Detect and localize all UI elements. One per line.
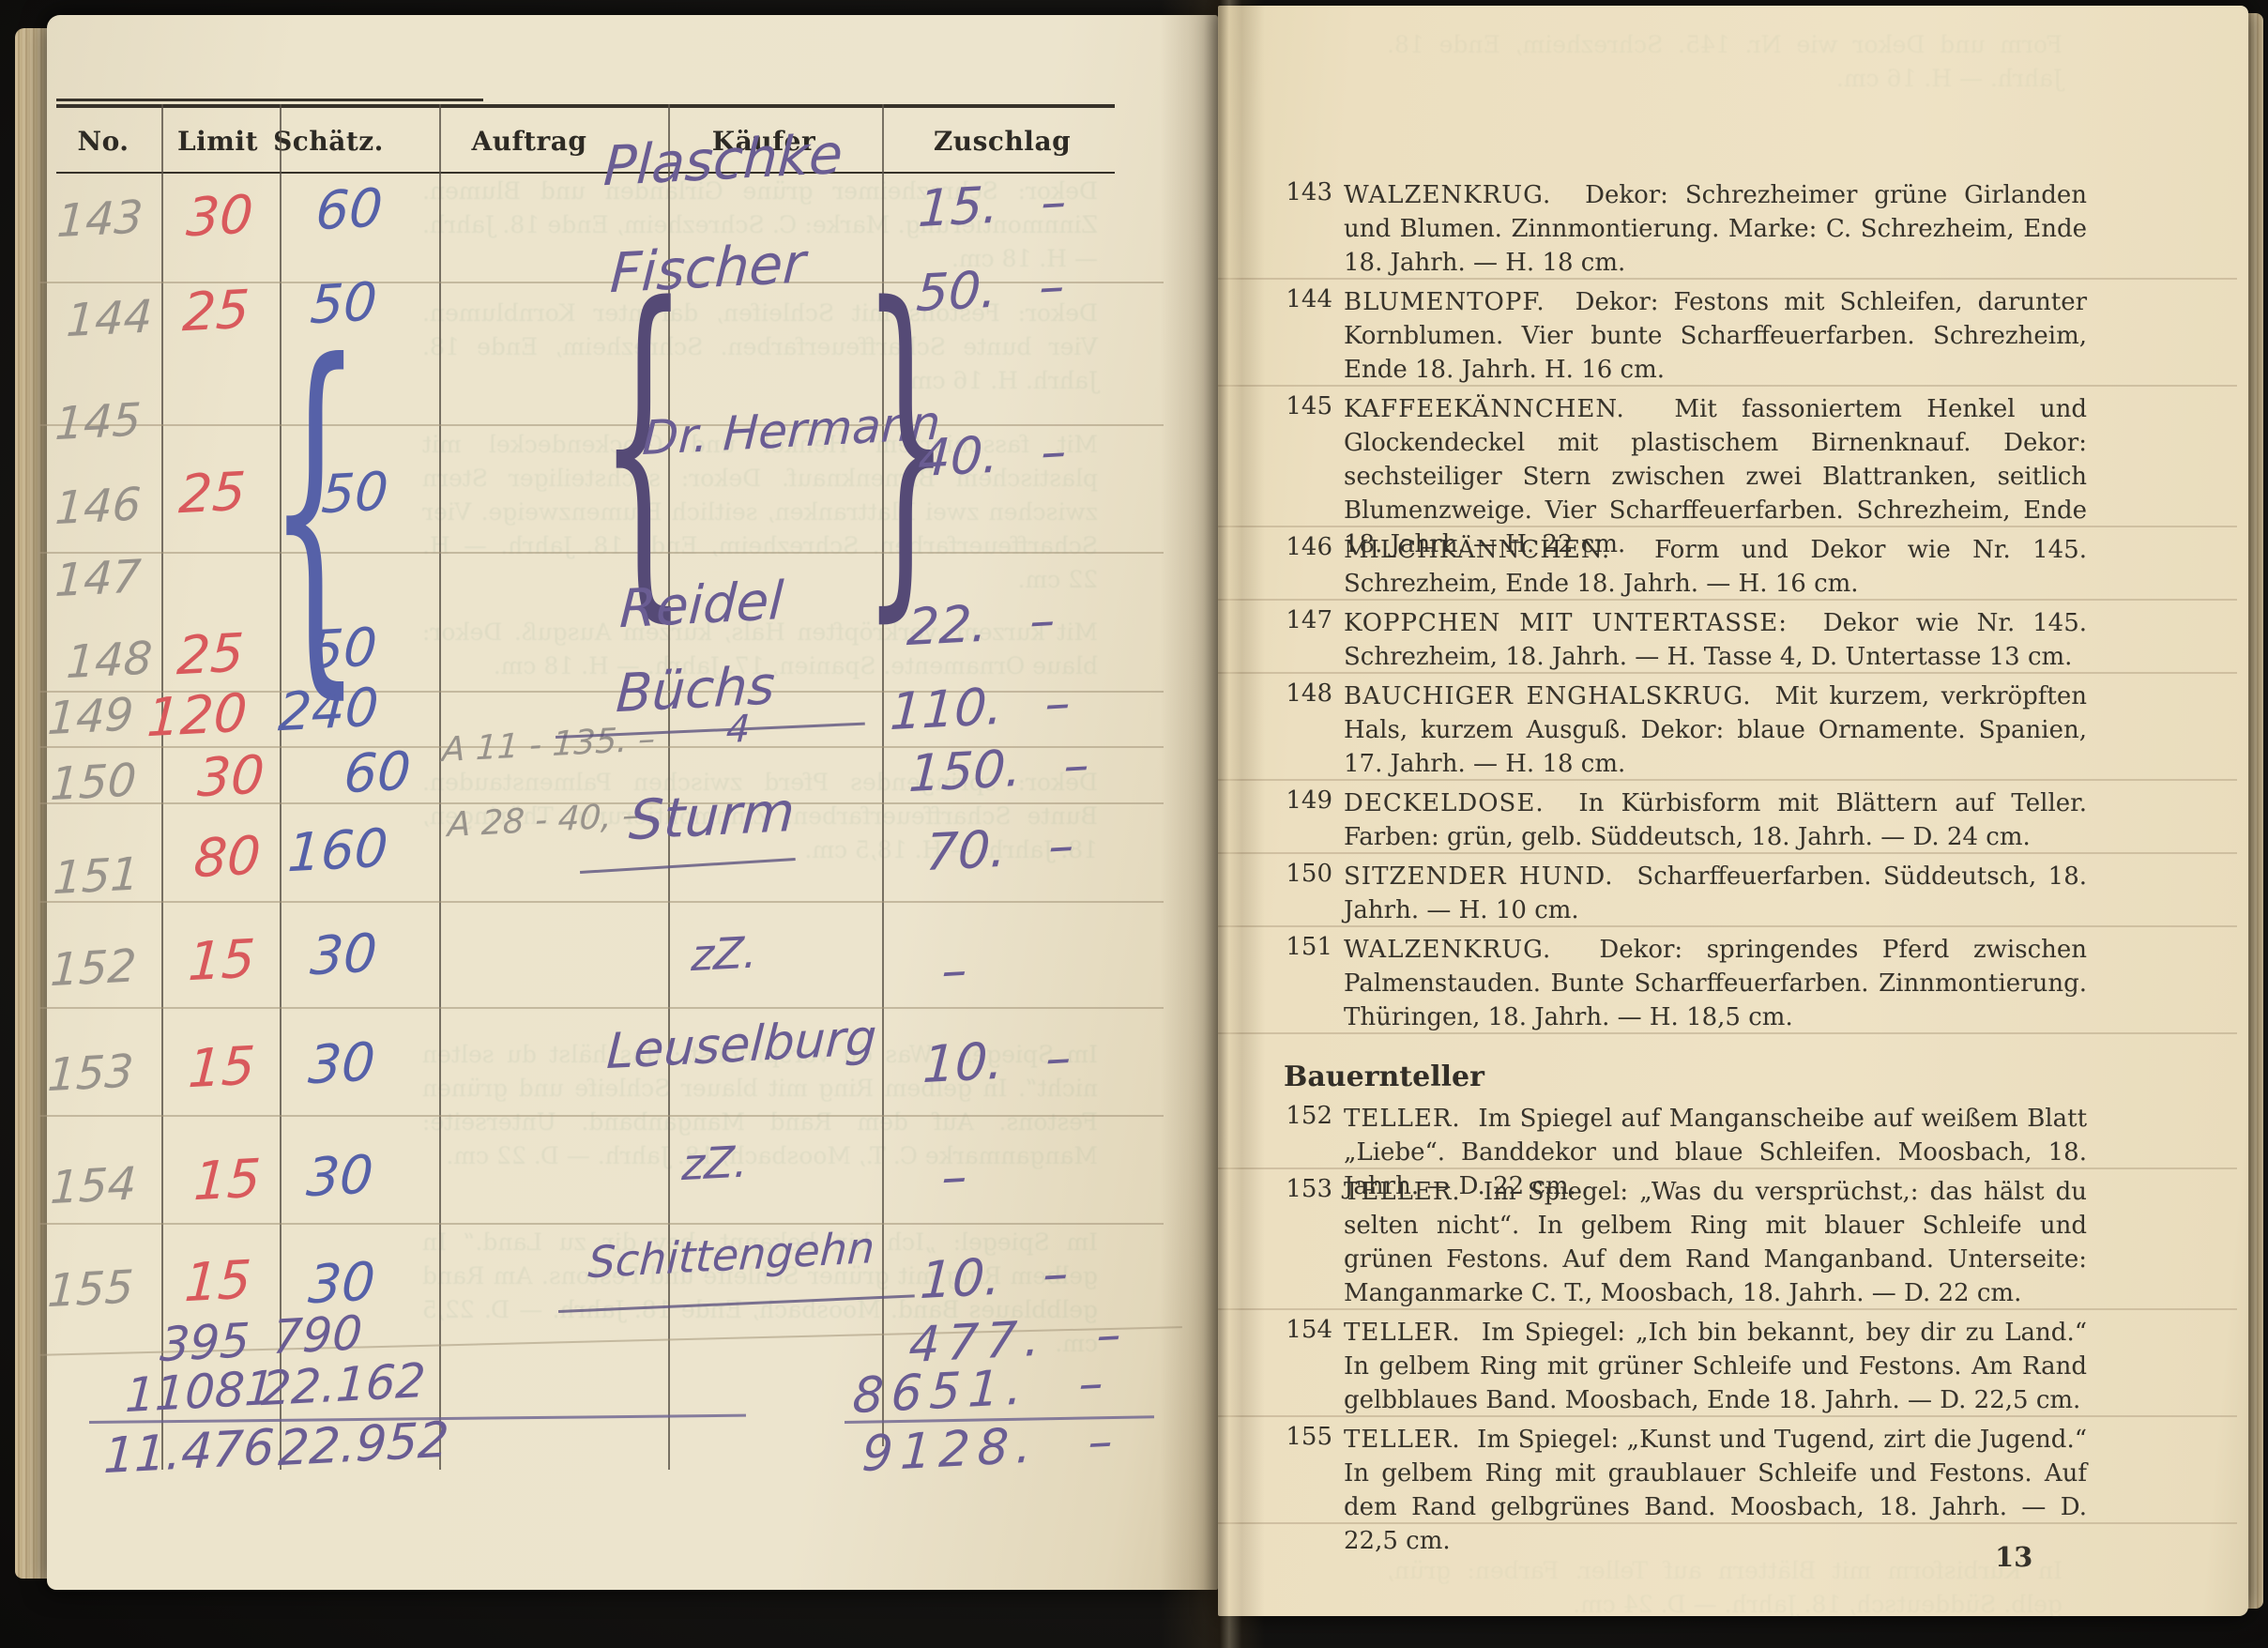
limit-value: 30 xyxy=(185,189,254,245)
entry-number: 153 xyxy=(1278,1175,1332,1203)
right-page: Form und Dekor wie Nr. 145. Schrezheim, … xyxy=(1218,6,2248,1616)
buyer-name: Plaschke xyxy=(602,127,844,194)
buyer-ditto: 4 xyxy=(725,710,752,749)
hammer-price: 150. – xyxy=(907,740,1090,800)
bleed-through-text: Form und Dekor wie Nr. 145. Schrezheim, … xyxy=(1387,28,2063,96)
entry-title: TELLER. xyxy=(1344,1426,1461,1454)
limit-grand-total: 11.476 xyxy=(102,1423,275,1481)
catalog-entry: TELLER. Im Spiegel: „Was du versprüchst,… xyxy=(1344,1175,2087,1310)
underline-mark xyxy=(558,1294,915,1313)
entry-title: KOPPCHEN MIT UNTERTASSE: xyxy=(1344,609,1788,637)
col-header-zuschlag: Zuschlag xyxy=(934,126,1071,157)
page-number: 13 xyxy=(1995,1541,2070,1573)
estimate-value: 30 xyxy=(307,1036,376,1092)
lot-number: 154 xyxy=(49,1161,137,1211)
estimate-value: 60 xyxy=(314,182,384,238)
estimate-value: 240 xyxy=(277,681,380,740)
hammer-price: 10. – xyxy=(921,1032,1073,1091)
lot-number: 149 xyxy=(46,692,134,741)
hammer-price: 22. – xyxy=(906,595,1057,653)
entry-title: WALZENKRUG. xyxy=(1344,181,1551,209)
lot-number: 155 xyxy=(46,1264,134,1314)
limit-value: 25 xyxy=(181,283,251,340)
col-header-auftrag: Auftrag xyxy=(471,126,586,157)
estimate-subtotal: 790 xyxy=(271,1309,363,1361)
entry-title: MILCHKÄNNCHEN. xyxy=(1344,536,1610,564)
buyer-name: Büchs xyxy=(615,660,776,721)
limit-value: 15 xyxy=(183,1254,252,1310)
lot-number: 151 xyxy=(52,851,140,901)
entry-title: BAUCHIGER ENGHALSKRUG. xyxy=(1344,682,1752,710)
entry-title: KAFFEEKÄNNCHEN. xyxy=(1344,395,1625,423)
limit-value: 80 xyxy=(192,830,262,886)
entry-number: 152 xyxy=(1278,1102,1332,1130)
buyer-name: Sturm xyxy=(628,785,796,847)
bleed-through-text: In Kürbisform mit Blättern auf Teller. F… xyxy=(1387,1554,2063,1622)
entry-number: 155 xyxy=(1278,1423,1332,1451)
bid-order-note: A 28 - 40, – xyxy=(447,799,640,843)
entry-number: 148 xyxy=(1278,679,1332,708)
entry-number: 151 xyxy=(1278,933,1332,961)
limit-value: 25 xyxy=(177,465,247,522)
hammer-price: 70. – xyxy=(924,820,1075,878)
entry-title: TELLER. xyxy=(1344,1178,1461,1206)
limit-value: 15 xyxy=(187,1040,256,1096)
entry-number: 145 xyxy=(1278,392,1332,420)
row-rule xyxy=(38,1223,1164,1225)
buyer-name: Leuselburg xyxy=(605,1014,877,1076)
catalog-entry: TELLER. Im Spiegel: „Kunst und Tugend, z… xyxy=(1344,1423,2087,1558)
estimate-value: 30 xyxy=(307,1256,376,1312)
estimate-value: 30 xyxy=(305,1149,374,1205)
hammer-price: – xyxy=(940,1152,968,1204)
lot-number: 145 xyxy=(53,397,142,447)
limit-subtotal: 395 xyxy=(159,1317,251,1368)
hammer-price: 110. – xyxy=(889,678,1072,738)
entry-number: 147 xyxy=(1278,606,1332,634)
entry-number: 146 xyxy=(1278,533,1332,561)
limit-value: 15 xyxy=(187,933,256,989)
column-divider xyxy=(161,104,163,1470)
buyer-name: Schittengehn xyxy=(587,1226,876,1284)
entry-title: WALZENKRUG. xyxy=(1344,936,1551,964)
limit-value: 15 xyxy=(192,1152,262,1209)
hammer-price: 50. – xyxy=(915,261,1066,319)
lot-number: 147 xyxy=(53,554,142,603)
entry-number: 149 xyxy=(1278,786,1332,815)
lot-number: 144 xyxy=(65,294,153,343)
limit-value: 30 xyxy=(196,749,266,805)
estimate-grand-total: 22.952 xyxy=(277,1415,449,1473)
entry-title: BLUMENTOPF. xyxy=(1344,288,1545,316)
row-rule xyxy=(38,901,1164,903)
header-underline xyxy=(56,172,1115,174)
bid-order-note: A 11 - 135. – xyxy=(441,723,656,768)
catalog-entry: BAUCHIGER ENGHALSKRUG. Mit kurzem, verkr… xyxy=(1344,679,2087,781)
col-header-no: No. xyxy=(77,126,129,157)
row-rule xyxy=(38,1007,1164,1009)
entry-number: 144 xyxy=(1278,285,1332,313)
limit-carryover: 11081 xyxy=(124,1365,275,1420)
entry-title: SITZENDER HUND. xyxy=(1344,862,1614,891)
entry-title: TELLER. xyxy=(1344,1105,1461,1133)
table-top-rule-2 xyxy=(56,99,483,101)
col-header-limit: Limit xyxy=(177,126,258,157)
catalog-entry: MILCHKÄNNCHEN. Form und Dekor wie Nr. 14… xyxy=(1344,533,2087,601)
hammer-price: 10. – xyxy=(919,1248,1070,1306)
estimate-value: 50 xyxy=(320,465,389,522)
entry-number: 150 xyxy=(1278,860,1332,888)
estimate-value: 60 xyxy=(342,745,412,801)
catalog-entry: DECKELDOSE. In Kürbisform mit Blättern a… xyxy=(1344,786,2087,854)
table-top-rule xyxy=(56,104,1115,108)
section-heading: Bauernteller xyxy=(1284,1061,1484,1093)
limit-value: 120 xyxy=(145,687,249,745)
auction-catalog-photo: Dekor: Schrezheimer grüne Girlanden und … xyxy=(0,0,2268,1648)
estimate-value: 30 xyxy=(309,927,378,984)
lot-number: 153 xyxy=(46,1048,134,1098)
underline-mark xyxy=(580,858,796,874)
hammer-price: 15. – xyxy=(917,176,1068,235)
catalog-entry: TELLER. Im Spiegel: „Ich bin bekannt, be… xyxy=(1344,1316,2087,1417)
catalog-entry: WALZENKRUG. Dekor: Schrezheimer grüne Gi… xyxy=(1344,178,2087,280)
right-page-edge-stack xyxy=(2246,13,2263,1609)
buyer-name: Reidel xyxy=(618,575,784,636)
column-divider xyxy=(439,104,441,1470)
entry-number: 143 xyxy=(1278,178,1332,206)
lot-number: 150 xyxy=(49,757,137,807)
col-header-schaetz: Schätz. xyxy=(273,126,384,157)
hammer-carryover: 8651. – xyxy=(851,1359,1112,1422)
lot-number: 146 xyxy=(53,481,142,531)
catalog-entry: BLUMENTOPF. Dekor: Festons mit Schleifen… xyxy=(1344,285,2087,387)
hammer-grand-total: 9128. – xyxy=(860,1417,1121,1480)
entry-number: 154 xyxy=(1278,1316,1332,1344)
estimate-carryover: 22.162 xyxy=(260,1357,426,1412)
catalog-entry: KOPPCHEN MIT UNTERTASSE: Dekor wie Nr. 1… xyxy=(1344,606,2087,674)
entry-title: DECKELDOSE. xyxy=(1344,789,1545,817)
buyer-note: zZ. xyxy=(681,1139,750,1186)
buyer-note: zZ. xyxy=(691,930,759,977)
hammer-price: – xyxy=(940,945,968,998)
catalog-entry: WALZENKRUG. Dekor: springendes Pferd zwi… xyxy=(1344,933,2087,1034)
lot-number: 143 xyxy=(55,194,144,244)
row-rule xyxy=(38,1115,1164,1117)
estimate-value: 50 xyxy=(309,621,378,678)
catalog-entry: SITZENDER HUND. Scharffeuerfarben. Südde… xyxy=(1344,860,2087,927)
limit-value: 25 xyxy=(175,627,245,683)
estimate-value: 160 xyxy=(286,822,389,880)
entry-title: TELLER. xyxy=(1344,1319,1461,1347)
left-page: Dekor: Schrezheimer grüne Girlanden und … xyxy=(47,15,1218,1590)
lot-number: 148 xyxy=(65,635,153,685)
hammer-price: 40. – xyxy=(917,426,1068,484)
lot-number: 152 xyxy=(49,943,137,993)
